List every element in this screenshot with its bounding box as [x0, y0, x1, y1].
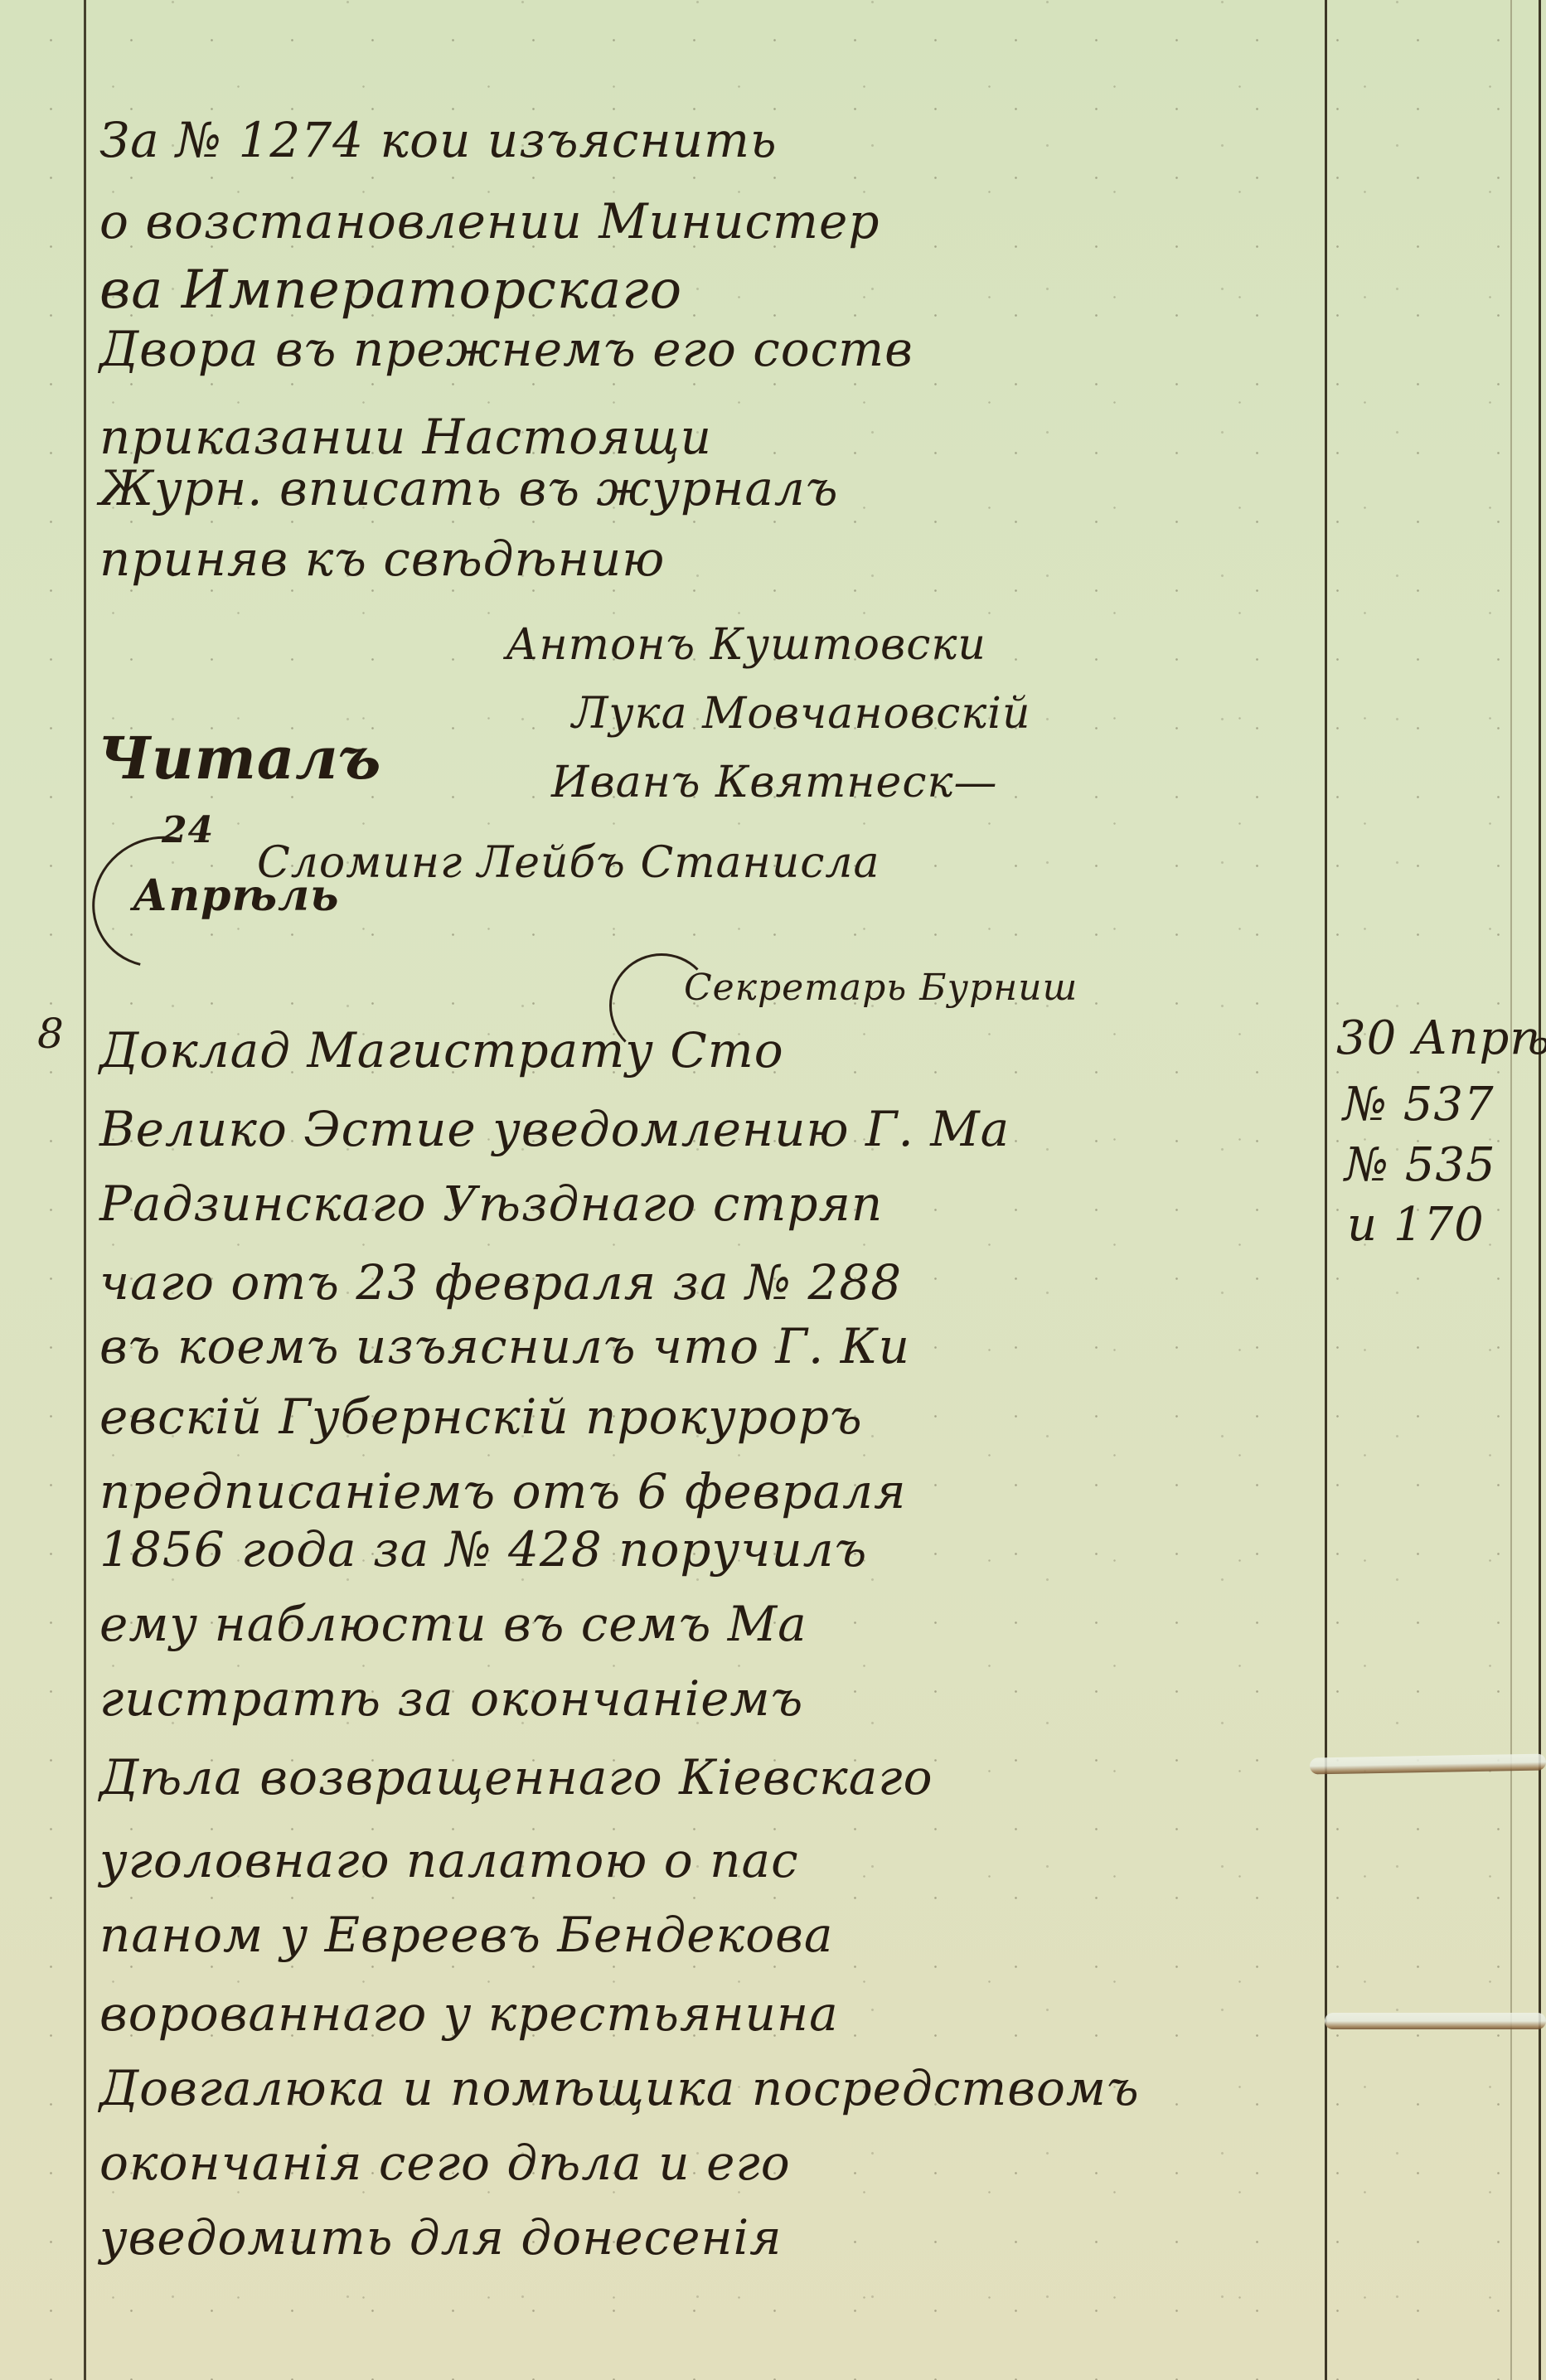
signature: Иванъ Квятнеск—: [551, 761, 998, 804]
margin-note-line: 30 Апрѣля: [1336, 1015, 1546, 1062]
text-line: Дѣла возвращеннаго Кіевскаго: [99, 1753, 933, 1801]
text-line: уведомить для донесенія: [99, 2213, 783, 2261]
text-line: Доклад Магистрату Сто: [99, 1026, 784, 1074]
text-line: Велико Эстие уведомлению Г. Ма: [99, 1105, 1010, 1153]
text-line: паном у Евреевъ Бендекова: [99, 1911, 834, 1959]
text-line: ворованнаго у крестьянина: [99, 1990, 839, 2038]
margin-note-line: № 537: [1343, 1082, 1495, 1128]
text-line: ему наблюсти въ семъ Ма: [99, 1600, 807, 1648]
text-line: 1856 года за № 428 поручилъ: [99, 1525, 867, 1573]
signature: Антонъ Куштовски: [506, 623, 986, 666]
text-line: окончанія сего дѣла и его: [99, 2139, 791, 2187]
signature: Лука Мовчановскій: [572, 692, 1030, 735]
text-line: За № 1274 кои изъяснить: [99, 116, 778, 164]
text-line: уголовнаго палатою о пас: [99, 1836, 799, 1884]
flourish-decoration: [68, 812, 252, 992]
margin-note-line: № 535: [1345, 1142, 1496, 1189]
text-line: чаго отъ 23 февраля за № 288: [99, 1258, 902, 1306]
text-line: приказании Настоящи: [99, 413, 712, 461]
signature: Сломинг Лейбъ Станисла: [257, 841, 880, 885]
text-line: Журн. вписать въ журналъ: [99, 464, 838, 512]
text-line: предписаніемъ отъ 6 февраля: [99, 1467, 906, 1515]
text-line: Двора въ прежнемъ его соств: [99, 325, 914, 373]
text-line: въ коемъ изъяснилъ что Г. Ки: [99, 1322, 910, 1370]
text-line: ва Императорскаго: [99, 264, 682, 317]
secretary-signature: Секретарь Бурниш: [684, 970, 1078, 1006]
binding-thread: [1325, 2013, 1546, 2029]
text-line: гистратѣ за окончаніемъ: [99, 1675, 803, 1723]
left-margin-rule: [84, 0, 86, 2380]
read-label: Читалъ: [98, 730, 381, 788]
entry-number: 8: [37, 1013, 65, 1054]
text-line: Радзинскаго Уѣзднаго стряп: [99, 1180, 883, 1228]
margin-note-line: и 170: [1347, 1202, 1485, 1248]
text-line: приняв къ свѣдѣнию: [99, 535, 665, 583]
text-line: о возстановлении Министер: [99, 197, 880, 245]
text-line: Довгалюка и помѣщика посредствомъ: [99, 2064, 1140, 2112]
text-line: евскій Губернскій прокуроръ: [99, 1393, 863, 1441]
